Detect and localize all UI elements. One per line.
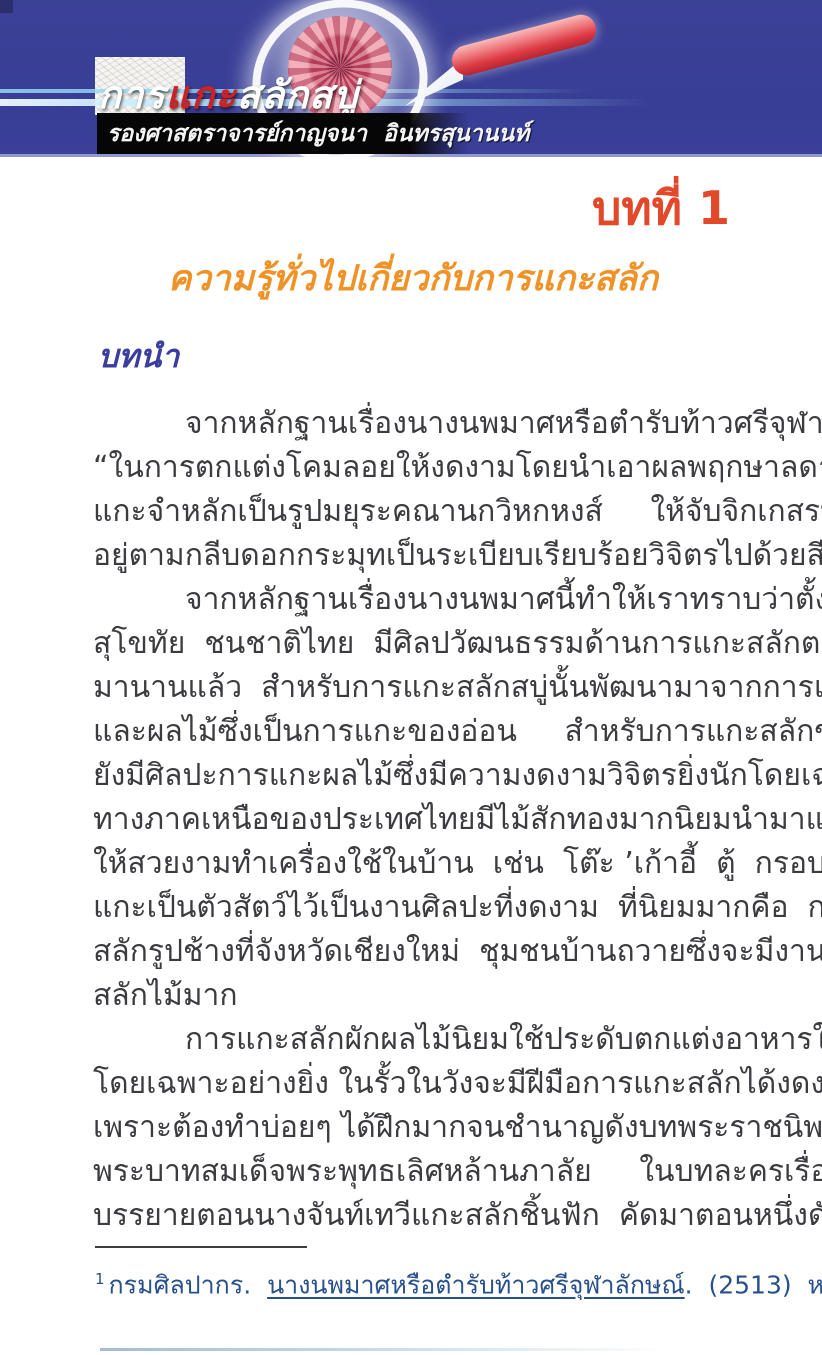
text-line: แกะจำหลักเป็นรูปมยุระคณานกวิหกหงส์ ให้จั… xyxy=(93,490,737,534)
footnote: 1กรมศิลปากร. นางนพมาศหรือตำรับท้าวศรีจุฬ… xyxy=(95,1262,755,1302)
chapter-title: ความรู้ทั่วไปเกี่ยวกับการแกะสลัก xyxy=(93,251,733,306)
book-title-part1: การ xyxy=(98,73,166,117)
footnote-book-title: นางนพมาศหรือตำรับท้าวศรีจุฬาลักษณ์ xyxy=(267,1270,685,1299)
text-line: สลักไม้มาก xyxy=(93,974,737,1018)
text-line: บรรยายตอนนางจันท์เทวีแกะสลักชิ้นฟัก คัดม… xyxy=(93,1194,737,1238)
book-title-part3: สลักสบู่ xyxy=(237,73,359,117)
footnote-rule xyxy=(95,1246,307,1248)
text-line: อยู่ตามกลีบดอกกระมุทเป็นระเบียบเรียบร้อย… xyxy=(93,534,737,578)
bottom-edge-bar xyxy=(100,1348,700,1351)
text-line: ให้สวยงามทำเครื่องใช้ในบ้าน เช่น โต๊ะ ’เ… xyxy=(93,842,737,886)
text-line: และผลไม้ซึ่งเป็นการแกะของอ่อน สำหรับการแ… xyxy=(93,710,737,754)
footnote-prefix: กรมศิลปากร. xyxy=(109,1270,268,1299)
text-line: “ในการตกแต่งโคมลอยให้งดงามโดยนำเอาผลพฤกษ… xyxy=(93,446,737,490)
carving-knife-handle xyxy=(449,11,600,78)
book-page: การแกะสลักสบู่ รองศาสตราจารย์กาญจนา อินท… xyxy=(0,0,822,1355)
paragraph: จากหลักฐานเรื่องนางนพมาศนี้ทำให้เราทราบว… xyxy=(93,578,737,1018)
text-line: โดยเฉพาะอย่างยิ่ง ในรั้วในวังจะมีฝีมือกา… xyxy=(93,1062,737,1106)
text-line: พระบาทสมเด็จพระพุทธเลิศหล้านภาลัย ในบทละ… xyxy=(93,1150,737,1194)
text-line: สลักรูปช้างที่จังหวัดเชียงใหม่ ชุมชนบ้าน… xyxy=(93,930,737,974)
book-title-part2: แกะ xyxy=(166,73,237,117)
text-line: ทางภาคเหนือของประเทศไทยมีไม้สักทองมากนิย… xyxy=(93,798,737,842)
text-line: เพราะต้องทำบ่อยๆ ได้ฝึกมากจนชำนาญดังบทพร… xyxy=(93,1106,737,1150)
header-banner: การแกะสลักสบู่ รองศาสตราจารย์กาญจนา อินท… xyxy=(0,0,822,157)
text-line: จากหลักฐานเรื่องนางนพมาศหรือตำรับท้าวศรี… xyxy=(93,402,737,446)
section-heading: บทนำ xyxy=(98,331,179,382)
footnote-marker: 1 xyxy=(95,1270,105,1288)
text-line: ยังมีศิลปะการแกะผลไม้ซึ่งมีความงดงามวิจิ… xyxy=(93,754,737,798)
text-line: สุโขทัย ชนชาติไทย มีศิลปวัฒนธรรมด้านการแ… xyxy=(93,622,737,666)
author-strip: รองศาสตราจารย์กาญจนา อินทรสุนานนท์ xyxy=(97,113,469,154)
text-line: มานานแล้ว สำหรับการแกะสลักสบู่นั้นพัฒนาม… xyxy=(93,666,737,710)
text-line: การแกะสลักผักผลไม้นิยมใช้ประดับตกแต่งอาห… xyxy=(93,1018,737,1062)
body-text: จากหลักฐานเรื่องนางนพมาศหรือตำรับท้าวศรี… xyxy=(93,402,737,1238)
author-name: รองศาสตราจารย์กาญจนา อินทรสุนานนท์ xyxy=(97,116,529,152)
footnote-suffix: . (2513) หน้า 97 - 98 xyxy=(685,1270,822,1299)
paragraph: การแกะสลักผักผลไม้นิยมใช้ประดับตกแต่งอาห… xyxy=(93,1018,737,1238)
text-line: จากหลักฐานเรื่องนางนพมาศนี้ทำให้เราทราบว… xyxy=(93,578,737,622)
chapter-label: บทที่ 1 xyxy=(592,172,730,245)
paragraph: จากหลักฐานเรื่องนางนพมาศหรือตำรับท้าวศรี… xyxy=(93,402,737,578)
text-line: แกะเป็นตัวสัตว์ไว้เป็นงานศิลปะที่งดงาม ท… xyxy=(93,886,737,930)
corner-notch xyxy=(0,0,13,13)
